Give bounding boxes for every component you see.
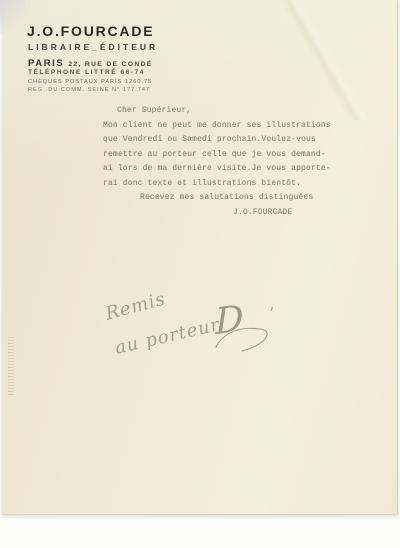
body-line: Mon client ne peut me donner ses illustr… <box>103 121 331 130</box>
letter-paper: J.O.FOURCADE LIBRAIRE_ÉDITEUR PARIS22, R… <box>2 0 398 515</box>
body-line: rai donc texte et illustrations bientôt. <box>103 179 301 188</box>
body-line: remettre au porteur celle que je vous de… <box>103 150 326 159</box>
letterhead-cheques: CHÈQUES POSTAUX PARIS 1260.75 <box>28 79 152 85</box>
body-line: ai lors de ma dernière visite.Je vous ap… <box>103 164 331 173</box>
letterhead-city: PARIS <box>28 58 64 69</box>
salutation: Cher Supérieur, <box>117 106 191 115</box>
closing-formula: Recevez mes salutations distinguées <box>140 193 313 202</box>
letterhead-name: J.O.FOURCADE <box>27 23 154 39</box>
typed-signature: J.O.FOURCADE <box>233 208 292 217</box>
signature-flourish-icon <box>202 295 277 355</box>
annotation-word-remis: Remis <box>103 288 168 324</box>
letterhead-registry: REG. DU COMM. SEINE N° 177.747 <box>28 87 150 93</box>
body-line: que Vendredi ou Samedi prochain.Voulez-v… <box>103 135 316 144</box>
letterhead-phone: TÉLÉPHONE LITTRÉ 66-74 <box>28 69 145 76</box>
scan-corner-shadow <box>0 0 26 34</box>
printer-imprint <box>8 337 14 395</box>
letterhead-role: LIBRAIRE_ÉDITEUR <box>28 42 158 52</box>
letterhead-street: 22, RUE DE CONDÉ <box>68 61 152 68</box>
paper-crease <box>252 0 392 120</box>
